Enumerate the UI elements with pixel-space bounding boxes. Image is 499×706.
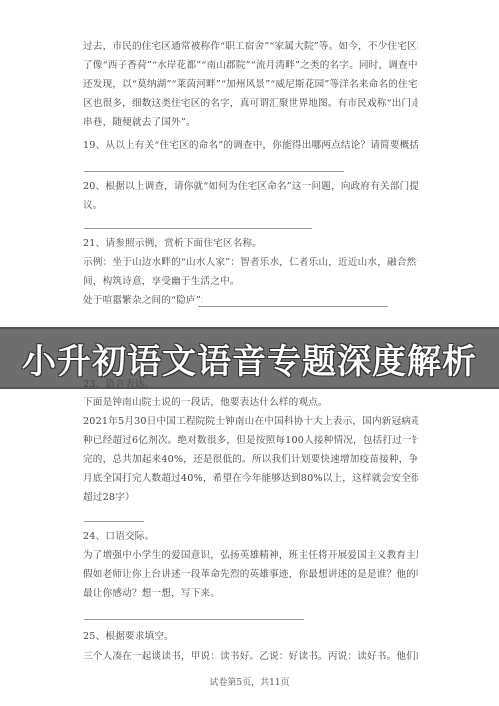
question-23-quote: 完的，总共加起来40%，还是很低的。所以我们计划要快速增加疫苗接种，争取到6 xyxy=(83,453,418,466)
answer-line[interactable] xyxy=(84,521,144,522)
question-23-prompt: 下面是钟南山院士说的一段话，他要表达什么样的观点。 xyxy=(83,396,418,409)
question-23-quote: 种已经超过6亿剂次。绝对数很多，但是按照每100人接种情况，包括打过一针或者打 xyxy=(83,434,418,447)
passage-line: 区也很多，细数这类住宅区的名字，真可谓汇聚世界地图。有市民戏称“出门走街道 xyxy=(83,97,418,110)
question-24-prompt: 为了增强中小学生的爱国意识，弘扬英雄精神，班主任将开展爱国主义教育主题班会。 xyxy=(83,549,418,562)
question-23-quote: 2021年5月30日中国工程院院士钟南山在中国科协十大上表示，国内新冠病毒疫苗接 xyxy=(83,415,418,428)
question-21: 21、请参照示例，赏析下面住宅区名称。 xyxy=(83,237,418,250)
passage-line: 过去，市民的住宅区通常被称作“职工宿舍”“家属大院”等。如今，不少住宅区却用 xyxy=(83,40,418,53)
question-20-cont: 议。 xyxy=(83,199,418,212)
passage-line: 还发现，以“莫纳湖”“莱茵河畔”“加州风景”“威尼斯花园”等洋名来命名的住宅 xyxy=(83,78,418,91)
question-21-example: 示例：坐于山边水畔的“山水人家”：智者乐水，仁者乐山，近近山水，融合然于呼吸之 xyxy=(83,256,418,269)
answer-line[interactable] xyxy=(198,306,388,307)
question-24: 24、口语交际。 xyxy=(83,530,418,543)
question-23-limit: 超过28字） xyxy=(83,491,418,504)
page-number: 试卷第5页，共11页 xyxy=(0,675,499,688)
answer-line[interactable] xyxy=(84,619,304,620)
question-21-example-cont: 间，构筑诗意，享受幽于生活之中。 xyxy=(83,275,418,288)
question-23: 23、语言表达。 xyxy=(83,378,418,391)
question-23-quote: 月底全国打完人数超过40%，希望在今年能够达到80%以上，这样就会安全很多。（不 xyxy=(83,472,418,485)
document-page: 过去，市民的住宅区通常被称作“职工宿舍”“家属大院”等。如今，不少住宅区却用 了… xyxy=(0,0,499,706)
answer-line[interactable] xyxy=(84,171,344,172)
question-19: 19、从以上有关“住宅区的命名”的调查中，你能得出哪两点结论？请简要概括。 xyxy=(83,139,418,152)
passage-line: 了像“西子香荷”“水岸花都”“南山郡院”“流月湾畔”之类的名字。同时，调查中 xyxy=(83,59,418,72)
question-25: 25、根据要求填空。 xyxy=(83,630,418,643)
passage-line: 串巷，随便就去了国外”。 xyxy=(83,116,418,129)
question-24-prompt: 最让你感动？想一想，写下来。 xyxy=(83,587,418,600)
banner-title: 小升初语文语音专题深度解析 xyxy=(22,334,477,383)
question-21-prompt: 处于喧嚣繁杂之间的“隐庐”： xyxy=(83,294,203,307)
question-20: 20、根据以上调查，请你就“如何为住宅区命名”这一问题，向政府有关部门提出两条建 xyxy=(83,180,418,193)
question-24-prompt: 假如老师让你上台讲述一段革命先烈的英雄事迹，你最想讲述的是是谁？他的哪段经历 xyxy=(83,568,418,581)
answer-line[interactable] xyxy=(84,228,312,229)
question-25-prompt: 三个人凑在一起谈读书，甲说：读书好。乙说：好读书。丙说：读好书。他们的意思分 xyxy=(83,650,418,663)
